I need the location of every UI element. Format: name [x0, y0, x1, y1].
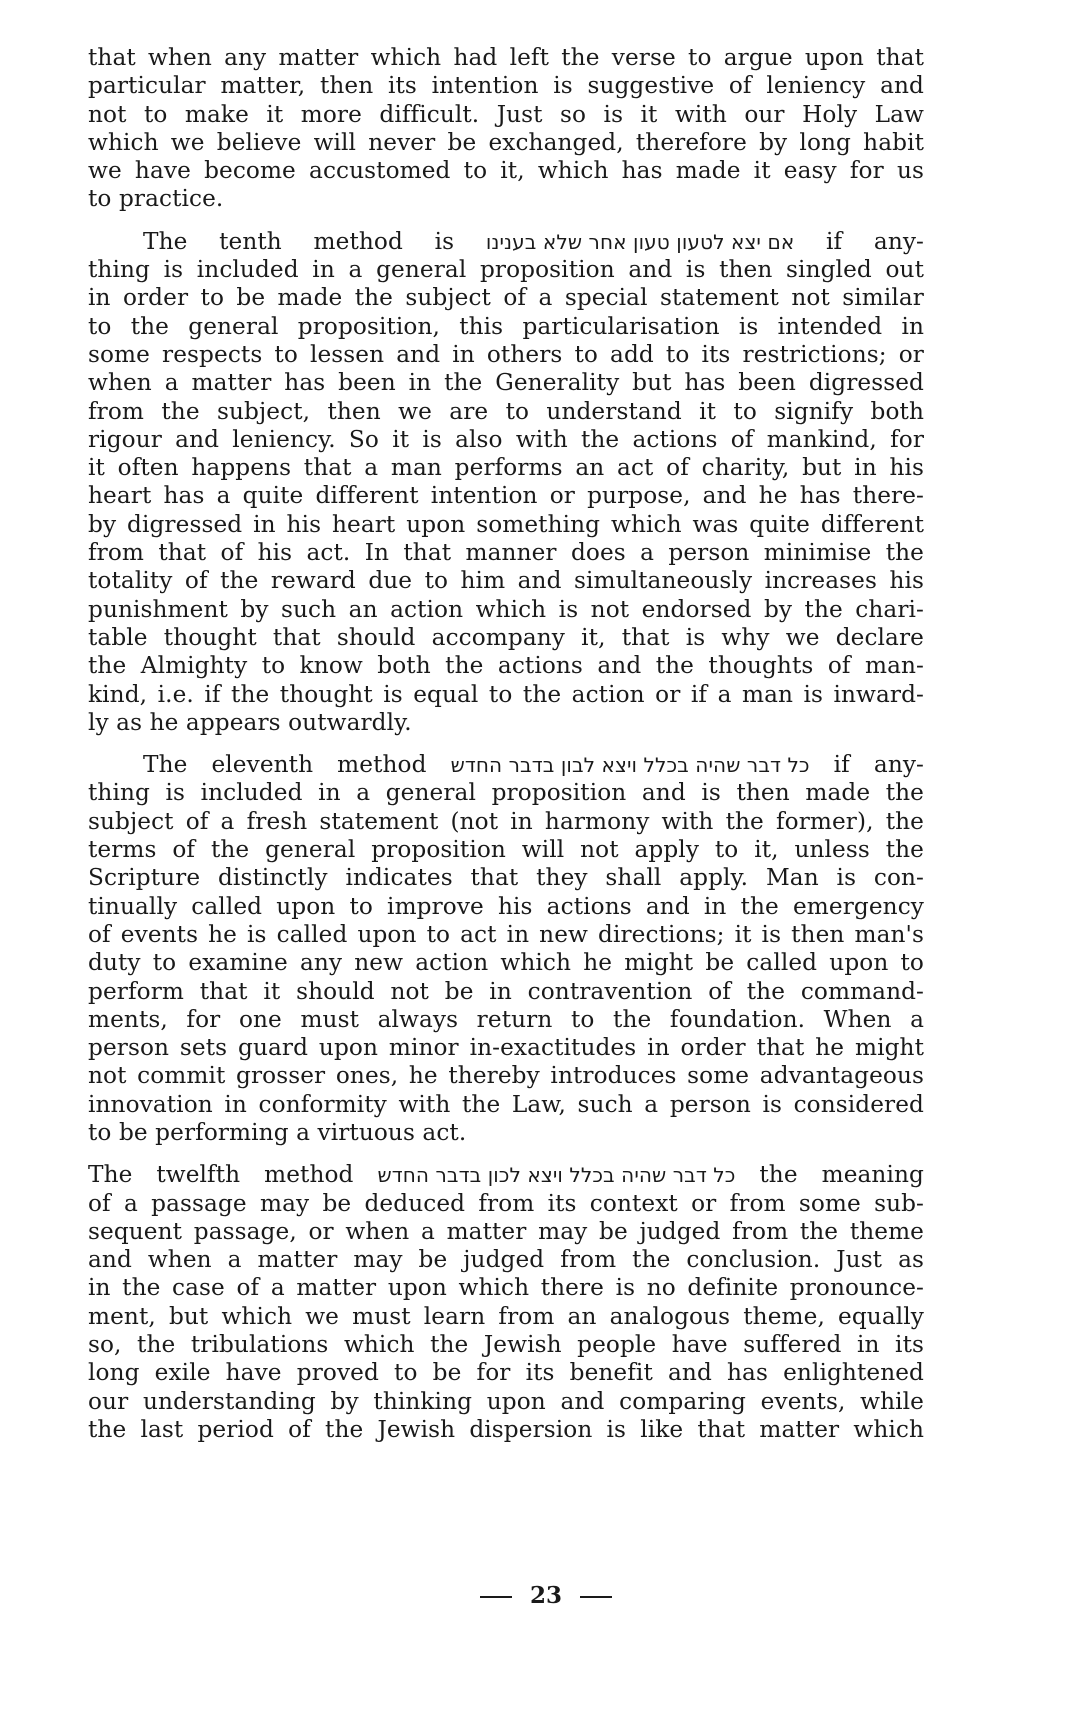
paragraph-tenth-method: The tenth method is אם יצא לטעון טעון אח…: [88, 228, 924, 737]
text-line: kind, i.e. if the thought is equal to th…: [88, 681, 924, 709]
text-line: punishment by such an action which is no…: [88, 596, 924, 624]
text-line: the Almighty to know both the actions an…: [88, 652, 924, 680]
text-line: totality of the reward due to him and si…: [88, 567, 924, 595]
text-line: we have become accustomed to it, which h…: [88, 157, 924, 185]
text-line: it often happens that a man performs an …: [88, 454, 924, 482]
text-line: to practice.: [88, 185, 924, 213]
text-line: in the case of a matter upon which there…: [88, 1274, 924, 1302]
text-line: rigour and leniency. So it is also with …: [88, 426, 924, 454]
text-line: tinually called upon to improve his acti…: [88, 893, 924, 921]
hebrew-rule-text: כל דבר שהיה בכלל ויצא לכון בדבר החדש: [377, 1161, 735, 1189]
paragraph-twelfth-method: The twelfth method כל דבר שהיה בכלל ויצא…: [88, 1161, 924, 1444]
text-line: the last period of the Jewish dispersion…: [88, 1416, 924, 1444]
text-line: and when a matter may be judged from the…: [88, 1246, 924, 1274]
text-line: perform that it should not be in contrav…: [88, 978, 924, 1006]
text-line: ly as he appears outwardly.: [88, 709, 924, 737]
text-line: our understanding by thinking upon and c…: [88, 1388, 924, 1416]
text-line: not commit grosser ones, he thereby intr…: [88, 1062, 924, 1090]
text-line: of a passage may be deduced from its con…: [88, 1190, 924, 1218]
text-line: table thought that should accompany it, …: [88, 624, 924, 652]
text-line: thing is included in a general propositi…: [88, 256, 924, 284]
text-line: that when any matter which had left the …: [88, 44, 924, 72]
text-line: heart has a quite different intention or…: [88, 482, 924, 510]
lead-text: The tenth method is: [143, 228, 454, 255]
text-line: long exile have proved to be for its ben…: [88, 1359, 924, 1387]
lead-after-text: the meaning: [759, 1161, 924, 1188]
paragraph-lead-line: The eleventh method כל דבר שהיה בכלל ויצ…: [88, 751, 924, 779]
book-page: that when any matter which had left the …: [88, 44, 924, 1444]
page-number: 23: [530, 1582, 562, 1609]
text-line: ment, but which we must learn from an an…: [88, 1303, 924, 1331]
lead-after-text: if any-: [834, 751, 924, 778]
text-line: terms of the general proposition will no…: [88, 836, 924, 864]
em-dash-left: [480, 1596, 512, 1598]
text-line: thing is included in a general propositi…: [88, 779, 924, 807]
lead-after-text: if any-: [826, 228, 924, 255]
text-line: duty to examine any new action which he …: [88, 949, 924, 977]
text-line: innovation in conformity with the Law, s…: [88, 1091, 924, 1119]
paragraph-lead-line: The tenth method is אם יצא לטעון טעון אח…: [88, 228, 924, 256]
text-line: particular matter, then its intention is…: [88, 72, 924, 100]
text-line: by digressed in his heart upon something…: [88, 511, 924, 539]
text-line: not to make it more difficult. Just so i…: [88, 101, 924, 129]
text-line: when a matter has been in the Generality…: [88, 369, 924, 397]
text-line: from the subject, then we are to underst…: [88, 398, 924, 426]
hebrew-rule-text: כל דבר שהיה בכלל ויצא לבון בדבר החדש: [451, 751, 810, 779]
text-line: to be performing a virtuous act.: [88, 1119, 924, 1147]
text-line: so, the tribulations which the Jewish pe…: [88, 1331, 924, 1359]
hebrew-rule-text: אם יצא לטעון טעון אחר שלא בענינו: [486, 228, 794, 256]
paragraph-lead-line: The twelfth method כל דבר שהיה בכלל ויצא…: [88, 1161, 924, 1189]
text-line: of events he is called upon to act in ne…: [88, 921, 924, 949]
text-line: to the general proposition, this particu…: [88, 313, 924, 341]
text-line: sequent passage, or when a matter may be…: [88, 1218, 924, 1246]
paragraph-continuation: that when any matter which had left the …: [88, 44, 924, 214]
lead-text: The twelfth method: [88, 1161, 354, 1188]
text-line: Scripture distinctly indicates that they…: [88, 864, 924, 892]
text-line: from that of his act. In that manner doe…: [88, 539, 924, 567]
text-line: subject of a fresh statement (not in har…: [88, 808, 924, 836]
text-line: person sets guard upon minor in-exactitu…: [88, 1034, 924, 1062]
paragraph-eleventh-method: The eleventh method כל דבר שהיה בכלל ויצ…: [88, 751, 924, 1147]
page-number-footer: 23: [0, 1582, 1092, 1609]
text-line: in order to be made the subject of a spe…: [88, 284, 924, 312]
em-dash-right: [580, 1596, 612, 1598]
text-line: some respects to lessen and in others to…: [88, 341, 924, 369]
text-line: which we believe will never be exchanged…: [88, 129, 924, 157]
text-line: ments, for one must always return to the…: [88, 1006, 924, 1034]
lead-text: The eleventh method: [143, 751, 427, 778]
